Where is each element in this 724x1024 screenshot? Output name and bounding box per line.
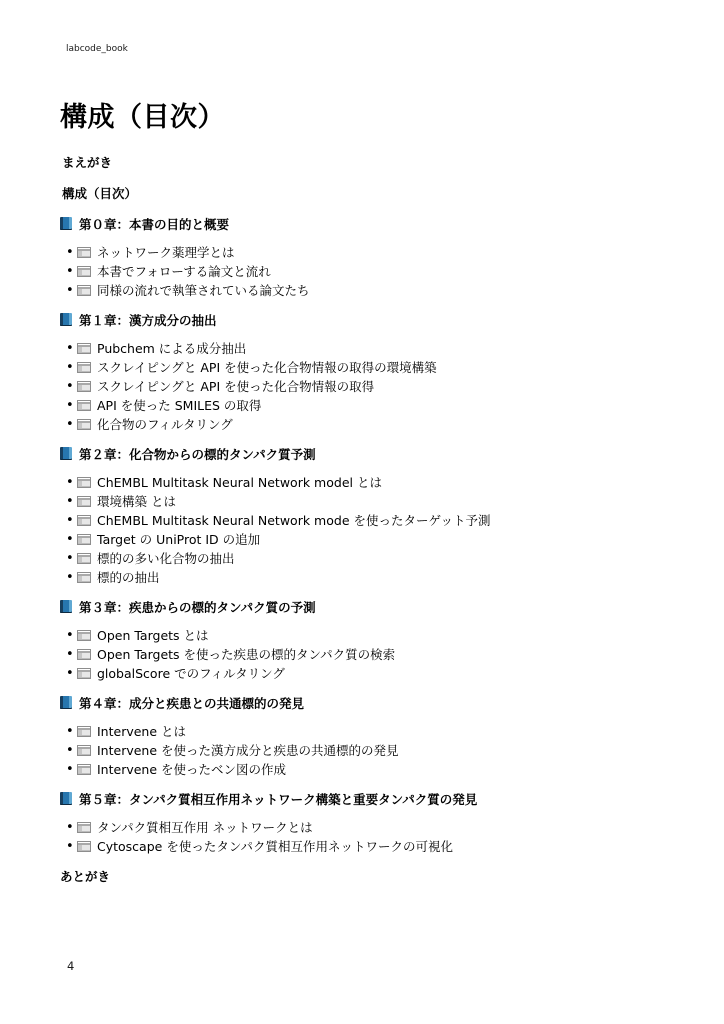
chapter-item-list: • Intervene とは • Intervene を使った漢方成分と疾患の共… (60, 722, 684, 779)
notebook-icon (77, 266, 91, 277)
structure-label: 構成（目次） (62, 186, 684, 201)
chapter-heading: 第０章：本書の目的と概要 (60, 217, 684, 232)
chapter-heading: 第４章：成分と疾患との共通標的の発見 (60, 696, 684, 711)
chapter-item-list: • ネットワーク薬理学とは • 本書でフォローする論文と流れ • 同様の流れで執… (60, 243, 684, 300)
item-label: globalScore でのフィルタリング (97, 664, 285, 683)
page-content: labcode_book 構成（目次） まえがき 構成（目次） 第０章：本書の目… (0, 0, 724, 884)
list-item: • Open Targets とは (66, 626, 684, 645)
item-label: ネットワーク薬理学とは (97, 243, 235, 262)
bullet-icon: • (66, 473, 77, 492)
notebook-icon (77, 745, 91, 756)
notebook-icon (77, 649, 91, 660)
item-label: ChEMBL Multitask Neural Network mode を使っ… (97, 511, 490, 530)
item-label: Open Targets を使った疾患の標的タンパク質の検索 (97, 645, 395, 664)
item-label: Open Targets とは (97, 626, 209, 645)
item-label: スクレイピングと API を使った化合物情報の取得 (97, 377, 374, 396)
bullet-icon: • (66, 415, 77, 434)
chapter-section-1: 第１章：漢方成分の抽出 • Pubchem による成分抽出 • スクレイピングと… (60, 313, 684, 434)
bullet-icon: • (66, 741, 77, 760)
notebook-icon (77, 496, 91, 507)
list-item: • Pubchem による成分抽出 (66, 339, 684, 358)
book-icon (60, 217, 72, 230)
chapter-heading: 第５章：タンパク質相互作用ネットワーク構築と重要タンパク質の発見 (60, 792, 684, 807)
item-label: Intervene を使った漢方成分と疾患の共通標的の発見 (97, 741, 399, 760)
chapter-heading: 第２章：化合物からの標的タンパク質予測 (60, 447, 684, 462)
chapter-title: 第４章：成分と疾患との共通標的の発見 (79, 696, 304, 711)
bullet-icon: • (66, 530, 77, 549)
bullet-icon: • (66, 549, 77, 568)
list-item: • Cytoscape を使ったタンパク質相互作用ネットワークの可視化 (66, 837, 684, 856)
list-item: • Target の UniProt ID の追加 (66, 530, 684, 549)
notebook-icon (77, 400, 91, 411)
notebook-icon (77, 343, 91, 354)
list-item: • 同様の流れで執筆されている論文たち (66, 281, 684, 300)
book-icon (60, 792, 72, 805)
chapter-title: 第２章：化合物からの標的タンパク質予測 (79, 447, 316, 462)
bullet-icon: • (66, 396, 77, 415)
item-label: 同様の流れで執筆されている論文たち (97, 281, 310, 300)
page-number: 4 (67, 959, 74, 973)
bullet-icon: • (66, 568, 77, 587)
bullet-icon: • (66, 511, 77, 530)
chapter-heading: 第１章：漢方成分の抽出 (60, 313, 684, 328)
bullet-icon: • (66, 760, 77, 779)
document-page: labcode_book 構成（目次） まえがき 構成（目次） 第０章：本書の目… (0, 0, 724, 1024)
list-item: • タンパク質相互作用 ネットワークとは (66, 818, 684, 837)
book-icon (60, 600, 72, 613)
notebook-icon (77, 841, 91, 852)
chapter-item-list: • Pubchem による成分抽出 • スクレイピングと API を使った化合物… (60, 339, 684, 434)
chapter-section-2: 第２章：化合物からの標的タンパク質予測 • ChEMBL Multitask N… (60, 447, 684, 587)
item-label: タンパク質相互作用 ネットワークとは (97, 818, 313, 837)
list-item: • スクレイピングと API を使った化合物情報の取得の環境構築 (66, 358, 684, 377)
book-icon (60, 313, 72, 326)
bullet-icon: • (66, 262, 77, 281)
list-item: • ChEMBL Multitask Neural Network mode を… (66, 511, 684, 530)
chapter-item-list: • Open Targets とは • Open Targets を使った疾患の… (60, 626, 684, 683)
bullet-icon: • (66, 818, 77, 837)
item-label: 標的の多い化合物の抽出 (97, 549, 235, 568)
page-title: 構成（目次） (60, 102, 684, 134)
bullet-icon: • (66, 722, 77, 741)
bullet-icon: • (66, 645, 77, 664)
notebook-icon (77, 553, 91, 564)
list-item: • 標的の多い化合物の抽出 (66, 549, 684, 568)
notebook-icon (77, 515, 91, 526)
item-label: 環境構築 とは (97, 492, 176, 511)
list-item: • 化合物のフィルタリング (66, 415, 684, 434)
list-item: • Intervene を使ったベン図の作成 (66, 760, 684, 779)
list-item: • 環境構築 とは (66, 492, 684, 511)
notebook-icon (77, 726, 91, 737)
list-item: • globalScore でのフィルタリング (66, 664, 684, 683)
chapter-section-3: 第３章：疾患からの標的タンパク質の予測 • Open Targets とは • … (60, 600, 684, 683)
item-label: Cytoscape を使ったタンパク質相互作用ネットワークの可視化 (97, 837, 453, 856)
notebook-icon (77, 477, 91, 488)
list-item: • ChEMBL Multitask Neural Network model … (66, 473, 684, 492)
bullet-icon: • (66, 664, 77, 683)
bullet-icon: • (66, 377, 77, 396)
chapter-item-list: • タンパク質相互作用 ネットワークとは • Cytoscape を使ったタンパ… (60, 818, 684, 856)
bullet-icon: • (66, 626, 77, 645)
chapter-title: 第０章：本書の目的と概要 (79, 217, 229, 232)
item-label: 標的の抽出 (97, 568, 160, 587)
bullet-icon: • (66, 243, 77, 262)
running-header: labcode_book (66, 44, 684, 55)
bullet-icon: • (66, 339, 77, 358)
chapter-section-0: 第０章：本書の目的と概要 • ネットワーク薬理学とは • 本書でフォローする論文… (60, 217, 684, 300)
bullet-icon: • (66, 492, 77, 511)
item-label: Target の UniProt ID の追加 (97, 530, 260, 549)
list-item: • Intervene とは (66, 722, 684, 741)
notebook-icon (77, 419, 91, 430)
book-icon (60, 696, 72, 709)
notebook-icon (77, 534, 91, 545)
notebook-icon (77, 630, 91, 641)
notebook-icon (77, 247, 91, 258)
list-item: • ネットワーク薬理学とは (66, 243, 684, 262)
notebook-icon (77, 668, 91, 679)
item-label: Intervene を使ったベン図の作成 (97, 760, 286, 779)
chapter-section-4: 第４章：成分と疾患との共通標的の発見 • Intervene とは • Inte… (60, 696, 684, 779)
preface-label: まえがき (62, 155, 684, 170)
chapter-section-5: 第５章：タンパク質相互作用ネットワーク構築と重要タンパク質の発見 • タンパク質… (60, 792, 684, 856)
item-label: Intervene とは (97, 722, 186, 741)
chapter-heading: 第３章：疾患からの標的タンパク質の予測 (60, 600, 684, 615)
list-item: • Intervene を使った漢方成分と疾患の共通標的の発見 (66, 741, 684, 760)
notebook-icon (77, 822, 91, 833)
list-item: • スクレイピングと API を使った化合物情報の取得 (66, 377, 684, 396)
item-label: ChEMBL Multitask Neural Network model とは (97, 473, 382, 492)
notebook-icon (77, 572, 91, 583)
notebook-icon (77, 362, 91, 373)
list-item: • 標的の抽出 (66, 568, 684, 587)
bullet-icon: • (66, 837, 77, 856)
item-label: スクレイピングと API を使った化合物情報の取得の環境構築 (97, 358, 437, 377)
list-item: • 本書でフォローする論文と流れ (66, 262, 684, 281)
notebook-icon (77, 764, 91, 775)
chapter-title: 第３章：疾患からの標的タンパク質の予測 (79, 600, 316, 615)
chapter-item-list: • ChEMBL Multitask Neural Network model … (60, 473, 684, 587)
item-label: 本書でフォローする論文と流れ (97, 262, 271, 281)
book-icon (60, 447, 72, 460)
notebook-icon (77, 381, 91, 392)
bullet-icon: • (66, 358, 77, 377)
list-item: • API を使った SMILES の取得 (66, 396, 684, 415)
chapter-title: 第１章：漢方成分の抽出 (79, 313, 217, 328)
item-label: Pubchem による成分抽出 (97, 339, 246, 358)
bullet-icon: • (66, 281, 77, 300)
notebook-icon (77, 285, 91, 296)
afterword-label: あとがき (60, 869, 684, 884)
list-item: • Open Targets を使った疾患の標的タンパク質の検索 (66, 645, 684, 664)
item-label: API を使った SMILES の取得 (97, 396, 261, 415)
chapter-title: 第５章：タンパク質相互作用ネットワーク構築と重要タンパク質の発見 (79, 792, 477, 807)
item-label: 化合物のフィルタリング (97, 415, 233, 434)
